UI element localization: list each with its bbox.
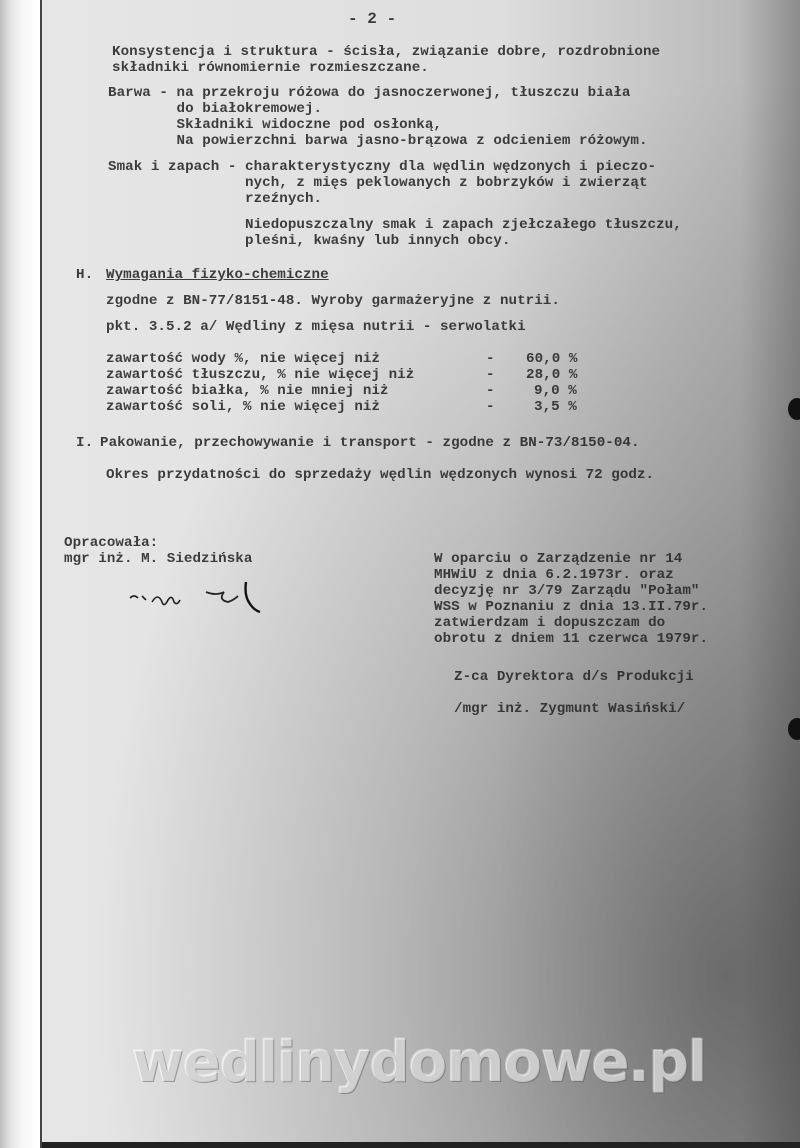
color-line: Barwa - na przekroju różowa do jasnoczer… [108,86,630,100]
taste-line: pleśni, kwaśny lub innych obcy. [108,234,511,248]
requirement-label: zawartość tłuszczu, % nie więcej niż [106,368,414,382]
taste-line: Niedopuszczalny smak i zapach zjełczałeg… [108,218,682,232]
taste-line: Smak i zapach - charakterystyczny dla wę… [108,160,656,174]
requirement-dash: - [486,384,495,398]
taste-line: nych, z mięs peklowanych z bobrzyków i z… [108,176,648,190]
requirement-label: zawartość białka, % nie mniej niż [106,384,389,398]
document-page: - 2 - Konsystencja i struktura - ścisła,… [40,0,800,1148]
requirement-dash: - [486,352,495,366]
approver-role: Z-ca Dyrektora d/s Produkcji [454,670,694,684]
color-line: do białokremowej. [108,102,322,116]
requirement-label: zawartość soli, % nie więcej niż [106,400,380,414]
requirement-label: zawartość wody %, nie więcej niż [106,352,380,366]
consistency-line: Konsystencja i struktura - ścisła, związ… [112,45,660,59]
requirement-value: 60,0 % [526,352,577,366]
shelf-life-line: Okres przydatności do sprzedaży wędlin w… [106,468,654,482]
approval-line: MHWiU z dnia 6.2.1973r. oraz [434,568,674,582]
approval-line: zatwierdzam i dopuszczam do [434,616,665,630]
requirement-value: 28,0 % [526,368,577,382]
color-line: Składniki widoczne pod osłonką, [108,118,442,132]
section-h-title: Wymagania fizyko-chemiczne [106,268,329,282]
color-line: Na powierzchni barwa jasno-brązowa z odc… [108,134,648,148]
handwritten-signature [128,578,298,614]
requirement-value: 9,0 % [534,384,577,398]
requirement-dash: - [486,400,495,414]
prepared-by-label: Opracowała: [64,536,158,550]
approval-line: obrotu z dniem 11 czerwca 1979r. [434,632,708,646]
approval-line: WSS w Poznaniu z dnia 13.II.79r. [434,600,708,614]
page-number: - 2 - [348,12,396,26]
taste-line: rzeźnych. [108,192,322,206]
section-h-label: H. [76,268,93,282]
requirement-dash: - [486,368,495,382]
punch-hole [788,398,800,420]
watermark: wedlinydomowe.pl [132,1030,706,1095]
section-h-line: zgodne z BN-77/8151-48. Wyroby garmażery… [106,294,560,308]
approver-name: /mgr inż. Zygmunt Wasiński/ [454,702,685,716]
prepared-by-name: mgr inż. M. Siedzińska [64,552,252,566]
approval-line: decyzję nr 3/79 Zarządu "Połam" [434,584,699,598]
section-i-line: Pakowanie, przechowywanie i transport - … [100,436,640,450]
requirement-value: 3,5 % [534,400,577,414]
section-i-label: I. [76,436,93,450]
scan-binding-edge [0,0,40,1148]
approval-line: W oparciu o Zarządzenie nr 14 [434,552,682,566]
consistency-line: składniki równomiernie rozmieszczane. [112,61,429,75]
punch-hole [788,718,800,740]
section-h-line: pkt. 3.5.2 a/ Wędliny z mięsa nutrii - s… [106,320,526,334]
